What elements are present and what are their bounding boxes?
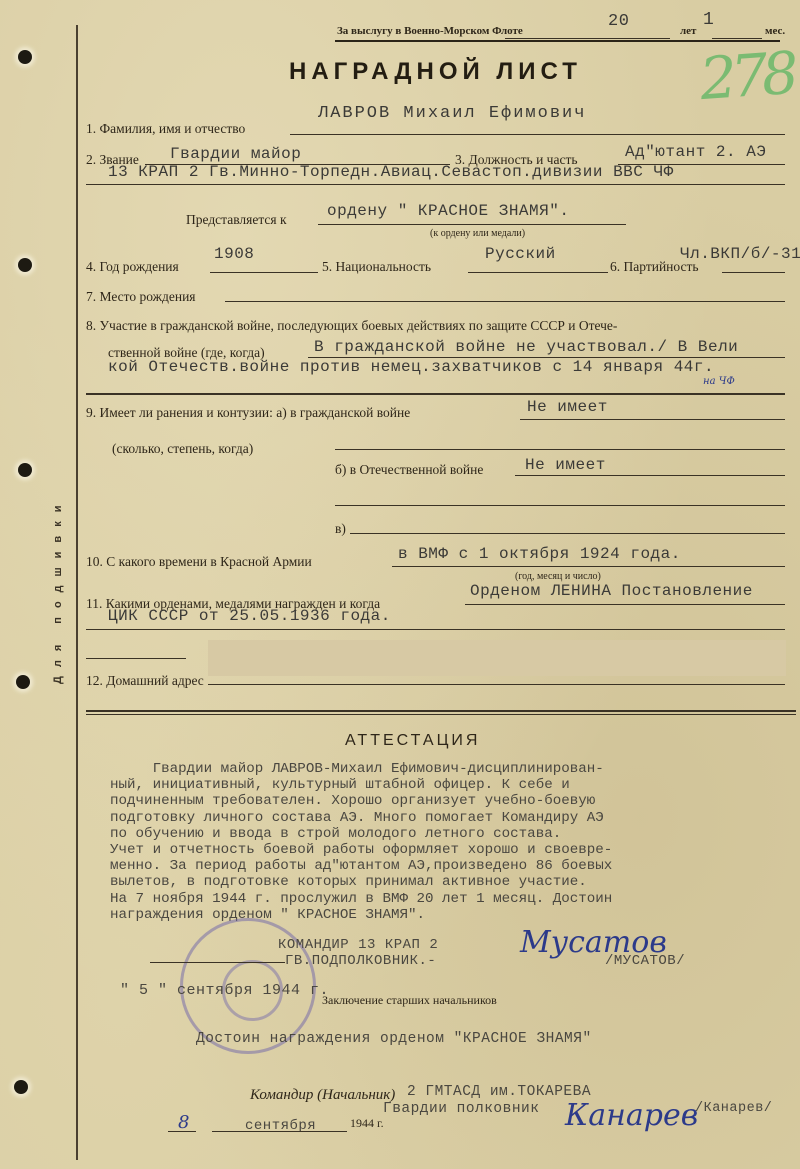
commander-unit: 2 ГМТАСД им.ТОКАРЕВА [407,1084,591,1100]
underline [210,272,318,273]
conclusion-text: Достоин награждения орденом "КРАСНОЕ ЗНА… [196,1031,592,1047]
underline [335,505,785,506]
section-rule [86,710,796,712]
attestation-line: Учет и отчетность боевой работы оформляе… [110,842,795,858]
binding-hole [18,50,32,64]
underline [505,38,670,39]
field-8-value-1: В гражданской войне не участвовал./ В Ве… [314,338,738,356]
attestation-line: Гвардии майор ЛАВРОВ-Михаил Ефимович-дис… [110,761,795,777]
underline [86,658,186,659]
field-5-value: Русский [485,245,556,263]
field-9-label: 9. Имеет ли ранения и контузии: а) в гра… [86,405,410,421]
commander-name: /Канарев/ [695,1101,772,1116]
service-years-unit: лет [680,25,696,37]
underline [208,684,785,685]
field-11-value: Орденом ЛЕНИНА Постановление [470,582,753,600]
signer-position-1: КОМАНДИР 13 КРАП 2 [278,937,438,953]
commander-signature: Канарев [565,1098,698,1133]
field-10-value: в ВМФ с 1 октября 1924 года. [398,545,681,563]
field-9a-value: Не имеет [527,398,608,416]
attestation-line: ный, инициативный, культурный штабной оф… [110,777,795,793]
archive-number: 278 [698,39,795,113]
commander-label: Командир (Начальник) [250,1087,395,1104]
field-9c-label: в) [335,521,346,537]
binding-hole [18,463,32,477]
binding-hole [14,1080,28,1094]
underline [86,629,785,630]
underline [515,475,785,476]
field-12-label: 12. Домашний адрес [86,673,204,689]
underline [350,533,785,534]
presented-value: ордену " КРАСНОЕ ЗНАМЯ". [327,202,569,220]
field-4-value: 1908 [214,245,254,263]
field-2-value: Гвардии майор [170,145,301,163]
document-title: НАГРАДНОЙ ЛИСТ [289,58,582,86]
conclusion-date-year: 1944 г. [350,1116,384,1131]
redacted-area [208,640,786,676]
underline [722,272,785,273]
field-7-label: 7. Место рождения [86,289,196,305]
underline [318,224,626,225]
attestation-line: вылетов, в подготовке которых принимал а… [110,874,795,890]
attestation-line: подготовку личного состава АЭ. Много пом… [110,810,795,826]
underline [392,566,785,567]
underline [465,604,785,605]
field-11-value-cont: ЦИК СССР от 25.05.1936 года. [108,607,391,625]
field-5-label: 5. Национальность [322,259,431,275]
attestation-line: подчиненным требователен. Хорошо организ… [110,793,795,809]
binding-hole [18,258,32,272]
signer-position-2: ГВ.ПОДПОЛКОВНИК.- [285,953,436,969]
service-months-unit: мес. [765,25,785,37]
service-years-value: 20 [608,12,629,31]
attestation-line: награждения орденом " КРАСНОЕ ЗНАМЯ". [110,907,795,923]
underline [150,962,285,963]
margin-note: Для подшивки [52,470,72,710]
presented-hint: (к ордену или медали) [430,228,525,239]
underline [212,1131,347,1132]
field-8-label-1: 8. Участие в гражданской войне, последую… [86,318,617,334]
underline [86,184,785,185]
underline [225,301,785,302]
field-3-value: Ад"ютант 2. АЭ [625,143,766,161]
field-1-label: 1. Фамилия, имя и отчество [86,121,245,137]
field-8-value-2: кой Отечеств.войне против немец.захватчи… [108,358,714,376]
section-rule [86,393,785,395]
service-months-value: 1 [703,10,714,30]
signer-name: /МУСАТОВ/ [605,953,685,969]
conclusion-date-day: 8 [178,1112,189,1133]
field-10-hint: (год, месяц и число) [515,571,601,582]
attestation-title: АТТЕСТАЦИЯ [345,732,480,750]
binding-hole [16,675,30,689]
underline [468,272,608,273]
field-9-sublabel: (сколько, степень, когда) [112,441,253,457]
underline [290,134,785,135]
attestation-line: На 7 ноября 1944 г. прослужил в ВМФ 20 л… [110,891,795,907]
section-rule [86,714,796,715]
attestation-line: менно. За период работы ад"ютантом АЭ,пр… [110,858,795,874]
field-4-label: 4. Год рождения [86,259,179,275]
conclusion-title: Заключение старших начальников [322,993,497,1008]
presented-label: Представляется к [186,212,287,228]
underline [168,1131,196,1132]
handwritten-note: на ЧФ [703,376,735,387]
field-10-label: 10. С какого времени в Красной Армии [86,554,312,570]
attestation-text: Гвардии майор ЛАВРОВ-Михаил Ефимович-дис… [110,761,795,923]
field-3-value-cont: 13 КРАП 2 Гв.Минно-Торпедн.Авиац.Севасто… [108,163,674,181]
field-9b-value: Не имеет [525,456,606,474]
underline [335,449,785,450]
underline [712,38,762,39]
underline [520,419,785,420]
service-length-label: За выслугу в Военно-Морском Флоте [337,25,523,37]
field-6-value: Чл.ВКП/б/-31 [680,245,800,263]
attestation-date: " 5 " сентября 1944 г. [120,982,329,999]
attestation-line: по обучению и ввода в строй молодого лет… [110,826,795,842]
commander-rank: Гвардии полковник [383,1101,539,1117]
field-1-value: ЛАВРОВ Михаил Ефимович [318,104,586,123]
header-rule [335,40,780,42]
margin-rule [76,25,78,1160]
field-9b-label: б) в Отечественной войне [335,462,483,478]
